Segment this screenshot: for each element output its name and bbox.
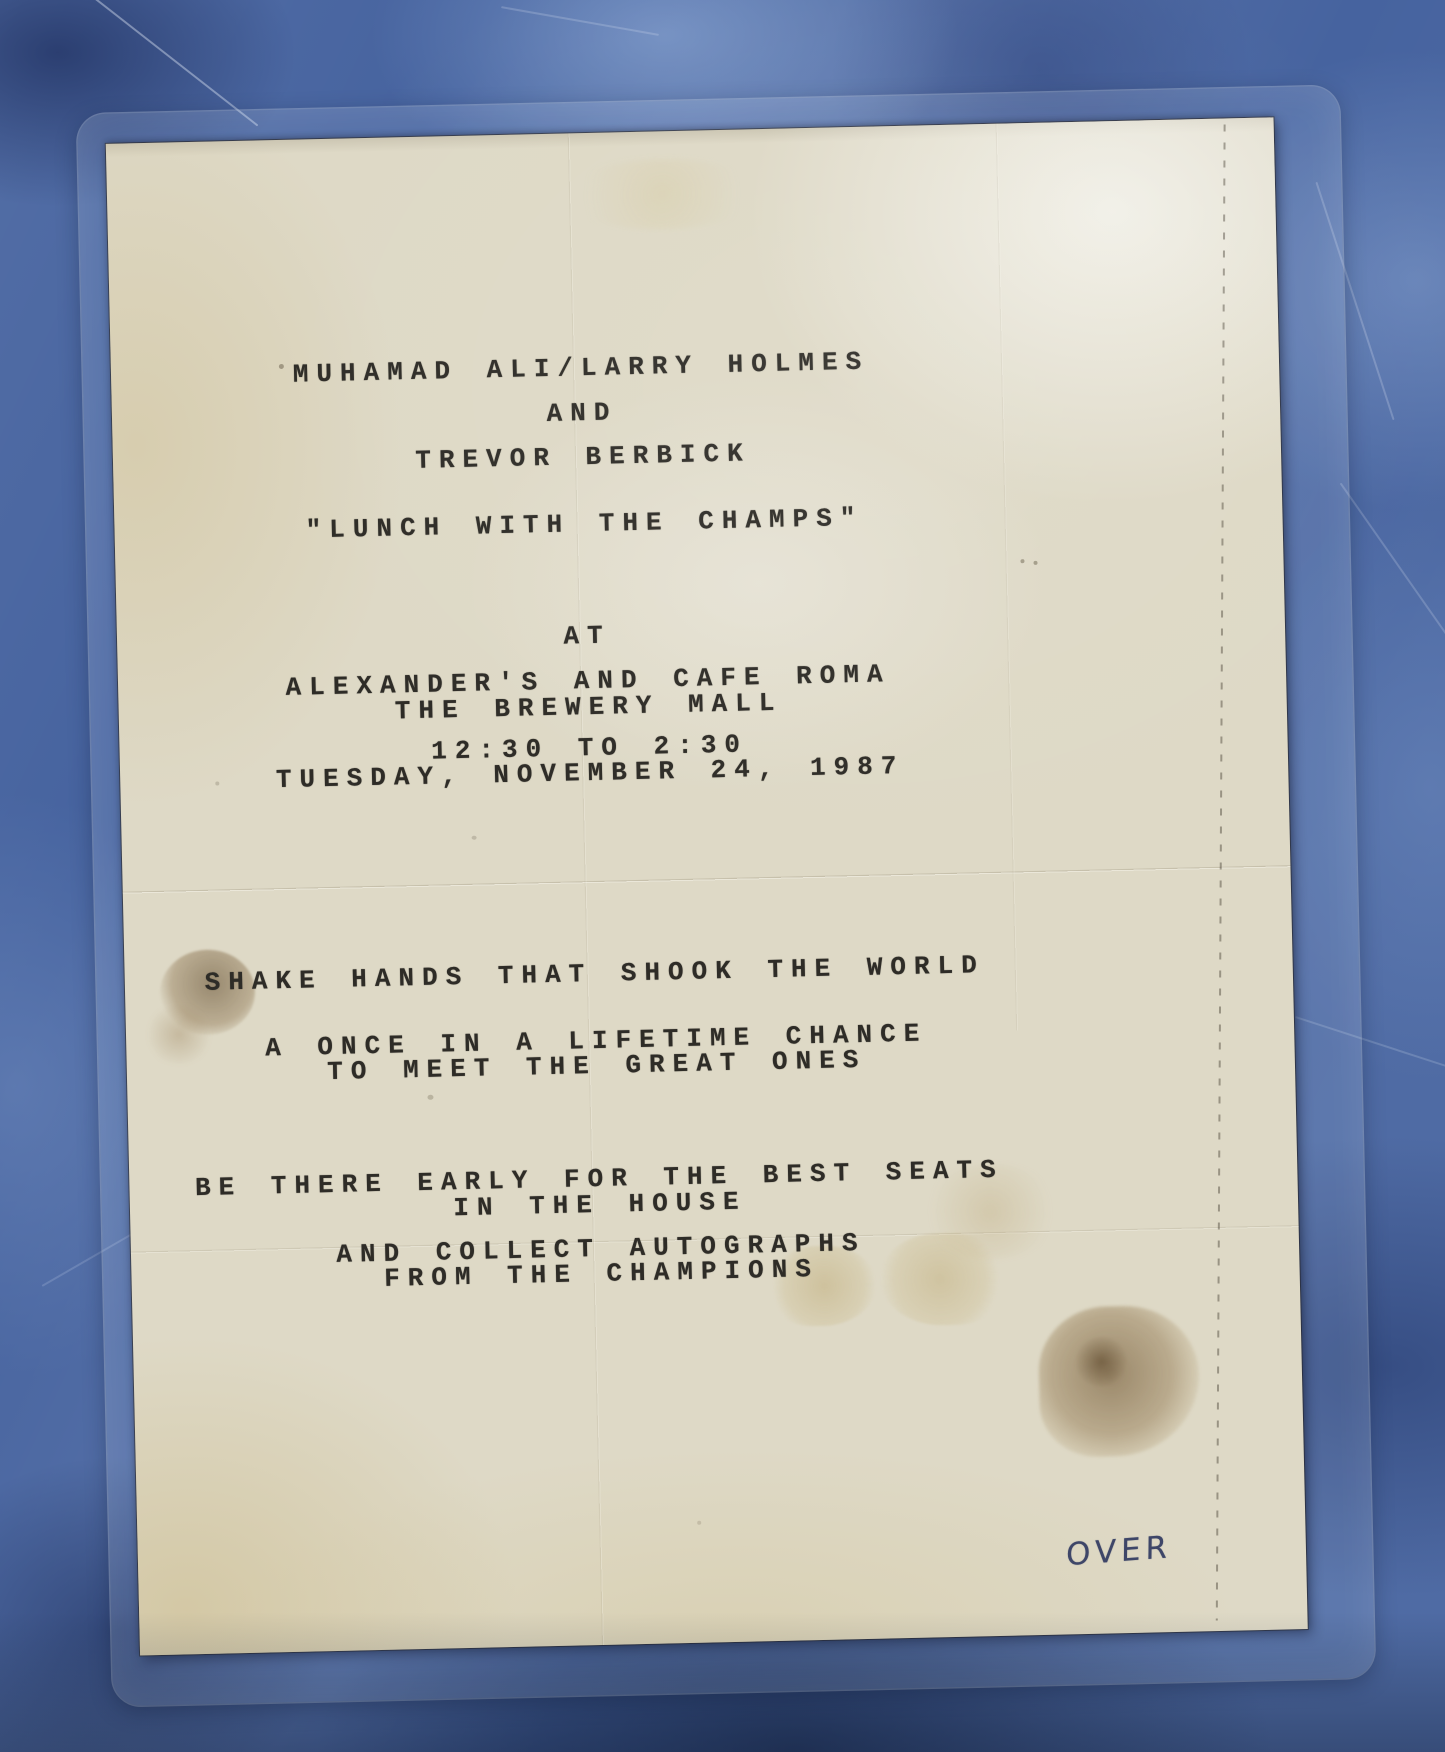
scratch-mark — [92, 0, 259, 126]
flyer-line-tagline: SHAKE HANDS THAT SHOOK THE WORLD — [125, 950, 1065, 997]
laminate-sleeve: MUHAMAD ALI/LARRY HOLMES AND TREVOR BERB… — [77, 86, 1375, 1706]
scratch-mark — [501, 6, 659, 36]
flyer-line-at: AT — [117, 612, 1057, 659]
flyer-paper: MUHAMAD ALI/LARRY HOLMES AND TREVOR BERB… — [106, 117, 1308, 1655]
typed-text-column: MUHAMAD ALI/LARRY HOLMES AND TREVOR BERB… — [106, 123, 1046, 144]
ink-speck — [1020, 559, 1024, 563]
ink-speck — [697, 1521, 701, 1525]
handwritten-over-note: OVER — [1066, 1529, 1172, 1573]
stain — [561, 157, 763, 232]
flyer-line-headliners: MUHAMAD ALI/LARRY HOLMES — [111, 344, 1051, 391]
ink-speck — [1033, 561, 1037, 565]
ink-speck — [427, 1095, 433, 1100]
fold-crease-horizontal — [123, 865, 1291, 895]
flyer-line-event-title: "LUNCH WITH THE CHAMPS" — [114, 500, 1054, 547]
fold-crease-vertical — [996, 124, 1020, 1031]
flyer-line-berbick: TREVOR BERBICK — [113, 433, 1053, 480]
scratch-mark — [1340, 483, 1445, 640]
stain — [1073, 1336, 1129, 1387]
stain — [1037, 1304, 1200, 1458]
perforation-line — [1216, 124, 1226, 1620]
ink-speck — [472, 836, 477, 840]
flyer-line-and: AND — [112, 389, 1052, 436]
